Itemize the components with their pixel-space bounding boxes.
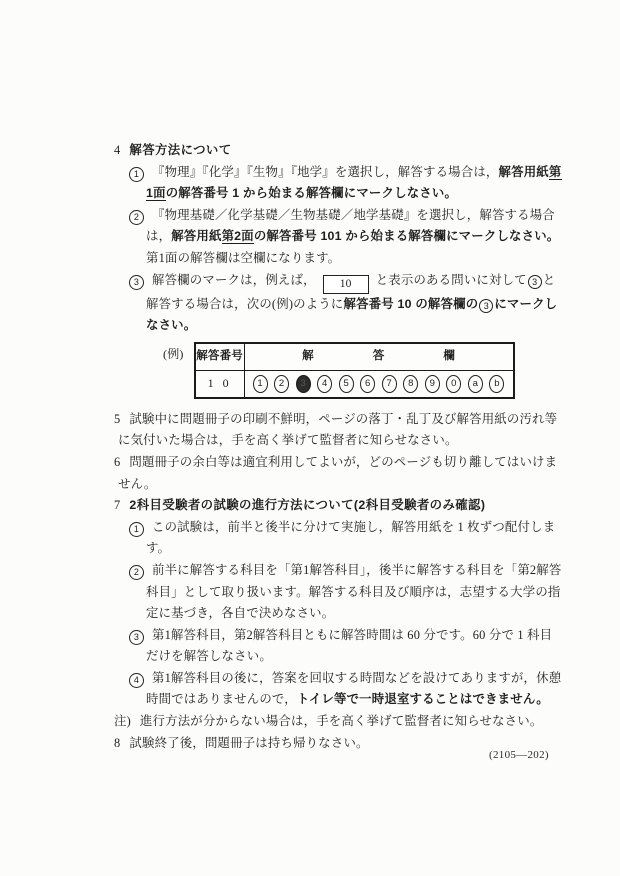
answer-number-box: 10 bbox=[323, 275, 369, 294]
instruction-sub-2: 2前半に解答する科目を「第1解答科目」，後半に解答する科目を「第2解答科目」とし… bbox=[112, 560, 564, 625]
mark-bubbles-row: 1234567890ab bbox=[245, 371, 513, 397]
mark-bubble: 6 bbox=[360, 375, 375, 393]
text-segment: 解答欄のマークは，例えば， bbox=[152, 273, 316, 287]
text-segment: 第1解答科目，第2解答科目ともに解答時間は 60 分です。60 分で 1 科目だ… bbox=[146, 628, 552, 664]
text-segment: 『物理』『化学』『生物』『地学』を選択し，解答する場合は， bbox=[152, 165, 499, 179]
instructions-list: 4解答方法について1『物理』『化学』『生物』『地学』を選択し，解答する場合は，解… bbox=[112, 140, 564, 754]
page-code: (2105—202) bbox=[489, 749, 549, 761]
mark-bubble: 4 bbox=[317, 375, 332, 393]
text-segment: 問題冊子の余白等は適宜利用してよいが，どのページも切り離してはいけません。 bbox=[118, 455, 557, 491]
circled-number-icon: 3 bbox=[129, 275, 144, 290]
text-segment: 第2面 bbox=[222, 229, 254, 244]
circled-number-icon: 2 bbox=[129, 210, 144, 225]
instruction-6: 6問題冊子の余白等は適宜利用してよいが，どのページも切り離してはいけません。 bbox=[112, 452, 564, 495]
mark-bubble: a bbox=[468, 375, 483, 393]
circled-3-icon: 3 bbox=[528, 275, 542, 289]
mark-bubble: b bbox=[489, 375, 504, 393]
table-data-row: 1 01234567890ab bbox=[195, 370, 514, 398]
item-text: 試験中に問題冊子の印刷不鮮明，ページの落丁・乱丁及び解答用紙の汚れ等に気付いた場… bbox=[118, 412, 557, 448]
answer-field-label: 解答欄 bbox=[245, 346, 513, 368]
item-text: 2科目受験者の試験の進行方法について(2科目受験者のみ確認) bbox=[129, 498, 485, 512]
header-answer-number: 解答番号 bbox=[195, 343, 245, 371]
item-text: 解答方法について bbox=[129, 143, 231, 157]
text-segment: 解答用紙 bbox=[171, 229, 221, 243]
instruction-sub-3: 3解答欄のマークは，例えば，10と表示のある問いに対して3と解答する場合は，次の… bbox=[112, 270, 564, 337]
text-segment: トイレ等で一時退室することはできません。 bbox=[297, 692, 549, 706]
instruction-5: 5試験中に問題冊子の印刷不鮮明，ページの落丁・乱丁及び解答用紙の汚れ等に気付いた… bbox=[112, 409, 564, 452]
item-text: 試験終了後，問題冊子は持ち帰りなさい。 bbox=[129, 736, 368, 750]
item-number: 7 bbox=[114, 495, 120, 517]
circled-3-icon: 3 bbox=[479, 299, 493, 313]
text-segment: と表示のある問いに対して bbox=[376, 273, 527, 287]
header-char: 欄 bbox=[443, 346, 455, 368]
example-block: (例)解答番号解答欄1 01234567890ab bbox=[112, 342, 564, 399]
item-text: 第1解答科目，第2解答科目ともに解答時間は 60 分です。60 分で 1 科目だ… bbox=[146, 628, 552, 664]
instruction-sub-1: 1『物理』『化学』『生物』『地学』を選択し，解答する場合は，解答用紙第1面の解答… bbox=[112, 162, 564, 205]
instruction-sub-3: 3第1解答科目，第2解答科目ともに解答時間は 60 分です。60 分で 1 科目… bbox=[112, 625, 564, 668]
item-text: 第1解答科目の後に，答案を回収する時間などを設けてありますが，休憩時間ではありま… bbox=[146, 671, 561, 707]
text-segment: 前半に解答する科目を「第1解答科目」，後半に解答する科目を「第2解答科目」として… bbox=[146, 563, 562, 620]
instruction-sub-4: 4第1解答科目の後に，答案を回収する時間などを設けてありますが，休憩時間ではあり… bbox=[112, 668, 564, 711]
example-label: (例) bbox=[163, 344, 184, 366]
example-answer-table: 解答番号解答欄1 01234567890ab bbox=[194, 342, 515, 399]
mark-bubble: 5 bbox=[339, 375, 354, 393]
item-text: 問題冊子の余白等は適宜利用してよいが，どのページも切り離してはいけません。 bbox=[118, 455, 557, 491]
text-segment: 試験中に問題冊子の印刷不鮮明，ページの落丁・乱丁及び解答用紙の汚れ等に気付いた場… bbox=[118, 412, 557, 448]
text-segment: 第1面の解答欄は空欄になります。 bbox=[146, 251, 340, 265]
exam-instruction-page: 4解答方法について1『物理』『化学』『生物』『地学』を選択し，解答する場合は，解… bbox=[0, 0, 620, 876]
item-text: 進行方法が分からない場合は，手を高く挙げて監督者に知らせなさい。 bbox=[140, 714, 543, 728]
circled-number-icon: 4 bbox=[129, 673, 144, 688]
mark-bubble: 9 bbox=[425, 375, 440, 393]
marks-cell: 1234567890ab bbox=[244, 370, 514, 398]
table-header-row: 解答番号解答欄 bbox=[195, 343, 514, 371]
mark-bubble: 1 bbox=[253, 375, 268, 393]
item-number: 5 bbox=[114, 409, 120, 431]
circled-number-icon: 1 bbox=[129, 522, 144, 537]
answer-number-cell: 1 0 bbox=[195, 370, 245, 398]
instruction-注): 注)進行方法が分からない場合は，手を高く挙げて監督者に知らせなさい。 bbox=[112, 711, 564, 733]
item-text: 解答欄のマークは，例えば，10と表示のある問いに対して3と解答する場合は，次の(… bbox=[146, 273, 557, 333]
item-text: この試験は，前半と後半に分けて実施し，解答用紙を 1 枚ずつ配付します。 bbox=[146, 520, 555, 556]
item-number: 6 bbox=[114, 452, 120, 474]
instruction-sub-1: 1この試験は，前半と後半に分けて実施し，解答用紙を 1 枚ずつ配付します。 bbox=[112, 517, 564, 560]
item-text: 『物理基礎／化学基礎／生物基礎／地学基礎』を選択し，解答する場合は，解答用紙第2… bbox=[146, 208, 559, 265]
text-segment: この試験は，前半と後半に分けて実施し，解答用紙を 1 枚ずつ配付します。 bbox=[146, 520, 555, 556]
text-segment: 進行方法が分からない場合は，手を高く挙げて監督者に知らせなさい。 bbox=[140, 714, 543, 728]
mark-bubble: 7 bbox=[382, 375, 397, 393]
circled-number-icon: 2 bbox=[129, 565, 144, 580]
mark-bubble-filled: 3 bbox=[296, 375, 311, 393]
item-number: 注) bbox=[114, 711, 131, 733]
instruction-sub-2: 2『物理基礎／化学基礎／生物基礎／地学基礎』を選択し，解答する場合は，解答用紙第… bbox=[112, 205, 564, 270]
text-segment: の解答番号 1 から始まる解答欄にマークしなさい。 bbox=[166, 186, 457, 200]
mark-bubble: 0 bbox=[446, 375, 461, 393]
item-text: 前半に解答する科目を「第1解答科目」，後半に解答する科目を「第2解答科目」として… bbox=[146, 563, 562, 620]
text-segment: 解答方法について bbox=[129, 143, 231, 157]
text-segment: 2科目受験者の試験の進行方法について(2科目受験者のみ確認) bbox=[129, 498, 485, 512]
item-number: 4 bbox=[114, 140, 120, 162]
text-segment: 解答用紙 bbox=[499, 165, 549, 179]
header-answer-field: 解答欄 bbox=[244, 343, 514, 371]
text-segment: 試験終了後，問題冊子は持ち帰りなさい。 bbox=[129, 736, 368, 750]
header-char: 解 bbox=[302, 346, 314, 368]
item-number: 8 bbox=[114, 733, 120, 755]
circled-number-icon: 1 bbox=[129, 167, 144, 182]
item-text: 『物理』『化学』『生物』『地学』を選択し，解答する場合は，解答用紙第1面の解答番… bbox=[146, 165, 562, 202]
instruction-4: 4解答方法について bbox=[112, 140, 564, 162]
circled-number-icon: 3 bbox=[129, 630, 144, 645]
text-segment: の解答番号 101 から始まる解答欄にマークしなさい。 bbox=[254, 229, 560, 243]
instruction-7: 72科目受験者の試験の進行方法について(2科目受験者のみ確認) bbox=[112, 495, 564, 517]
header-char: 答 bbox=[373, 346, 385, 368]
text-segment: 解答番号 10 の解答欄の bbox=[344, 297, 479, 311]
mark-bubble: 2 bbox=[274, 375, 289, 393]
mark-bubble: 8 bbox=[403, 375, 418, 393]
